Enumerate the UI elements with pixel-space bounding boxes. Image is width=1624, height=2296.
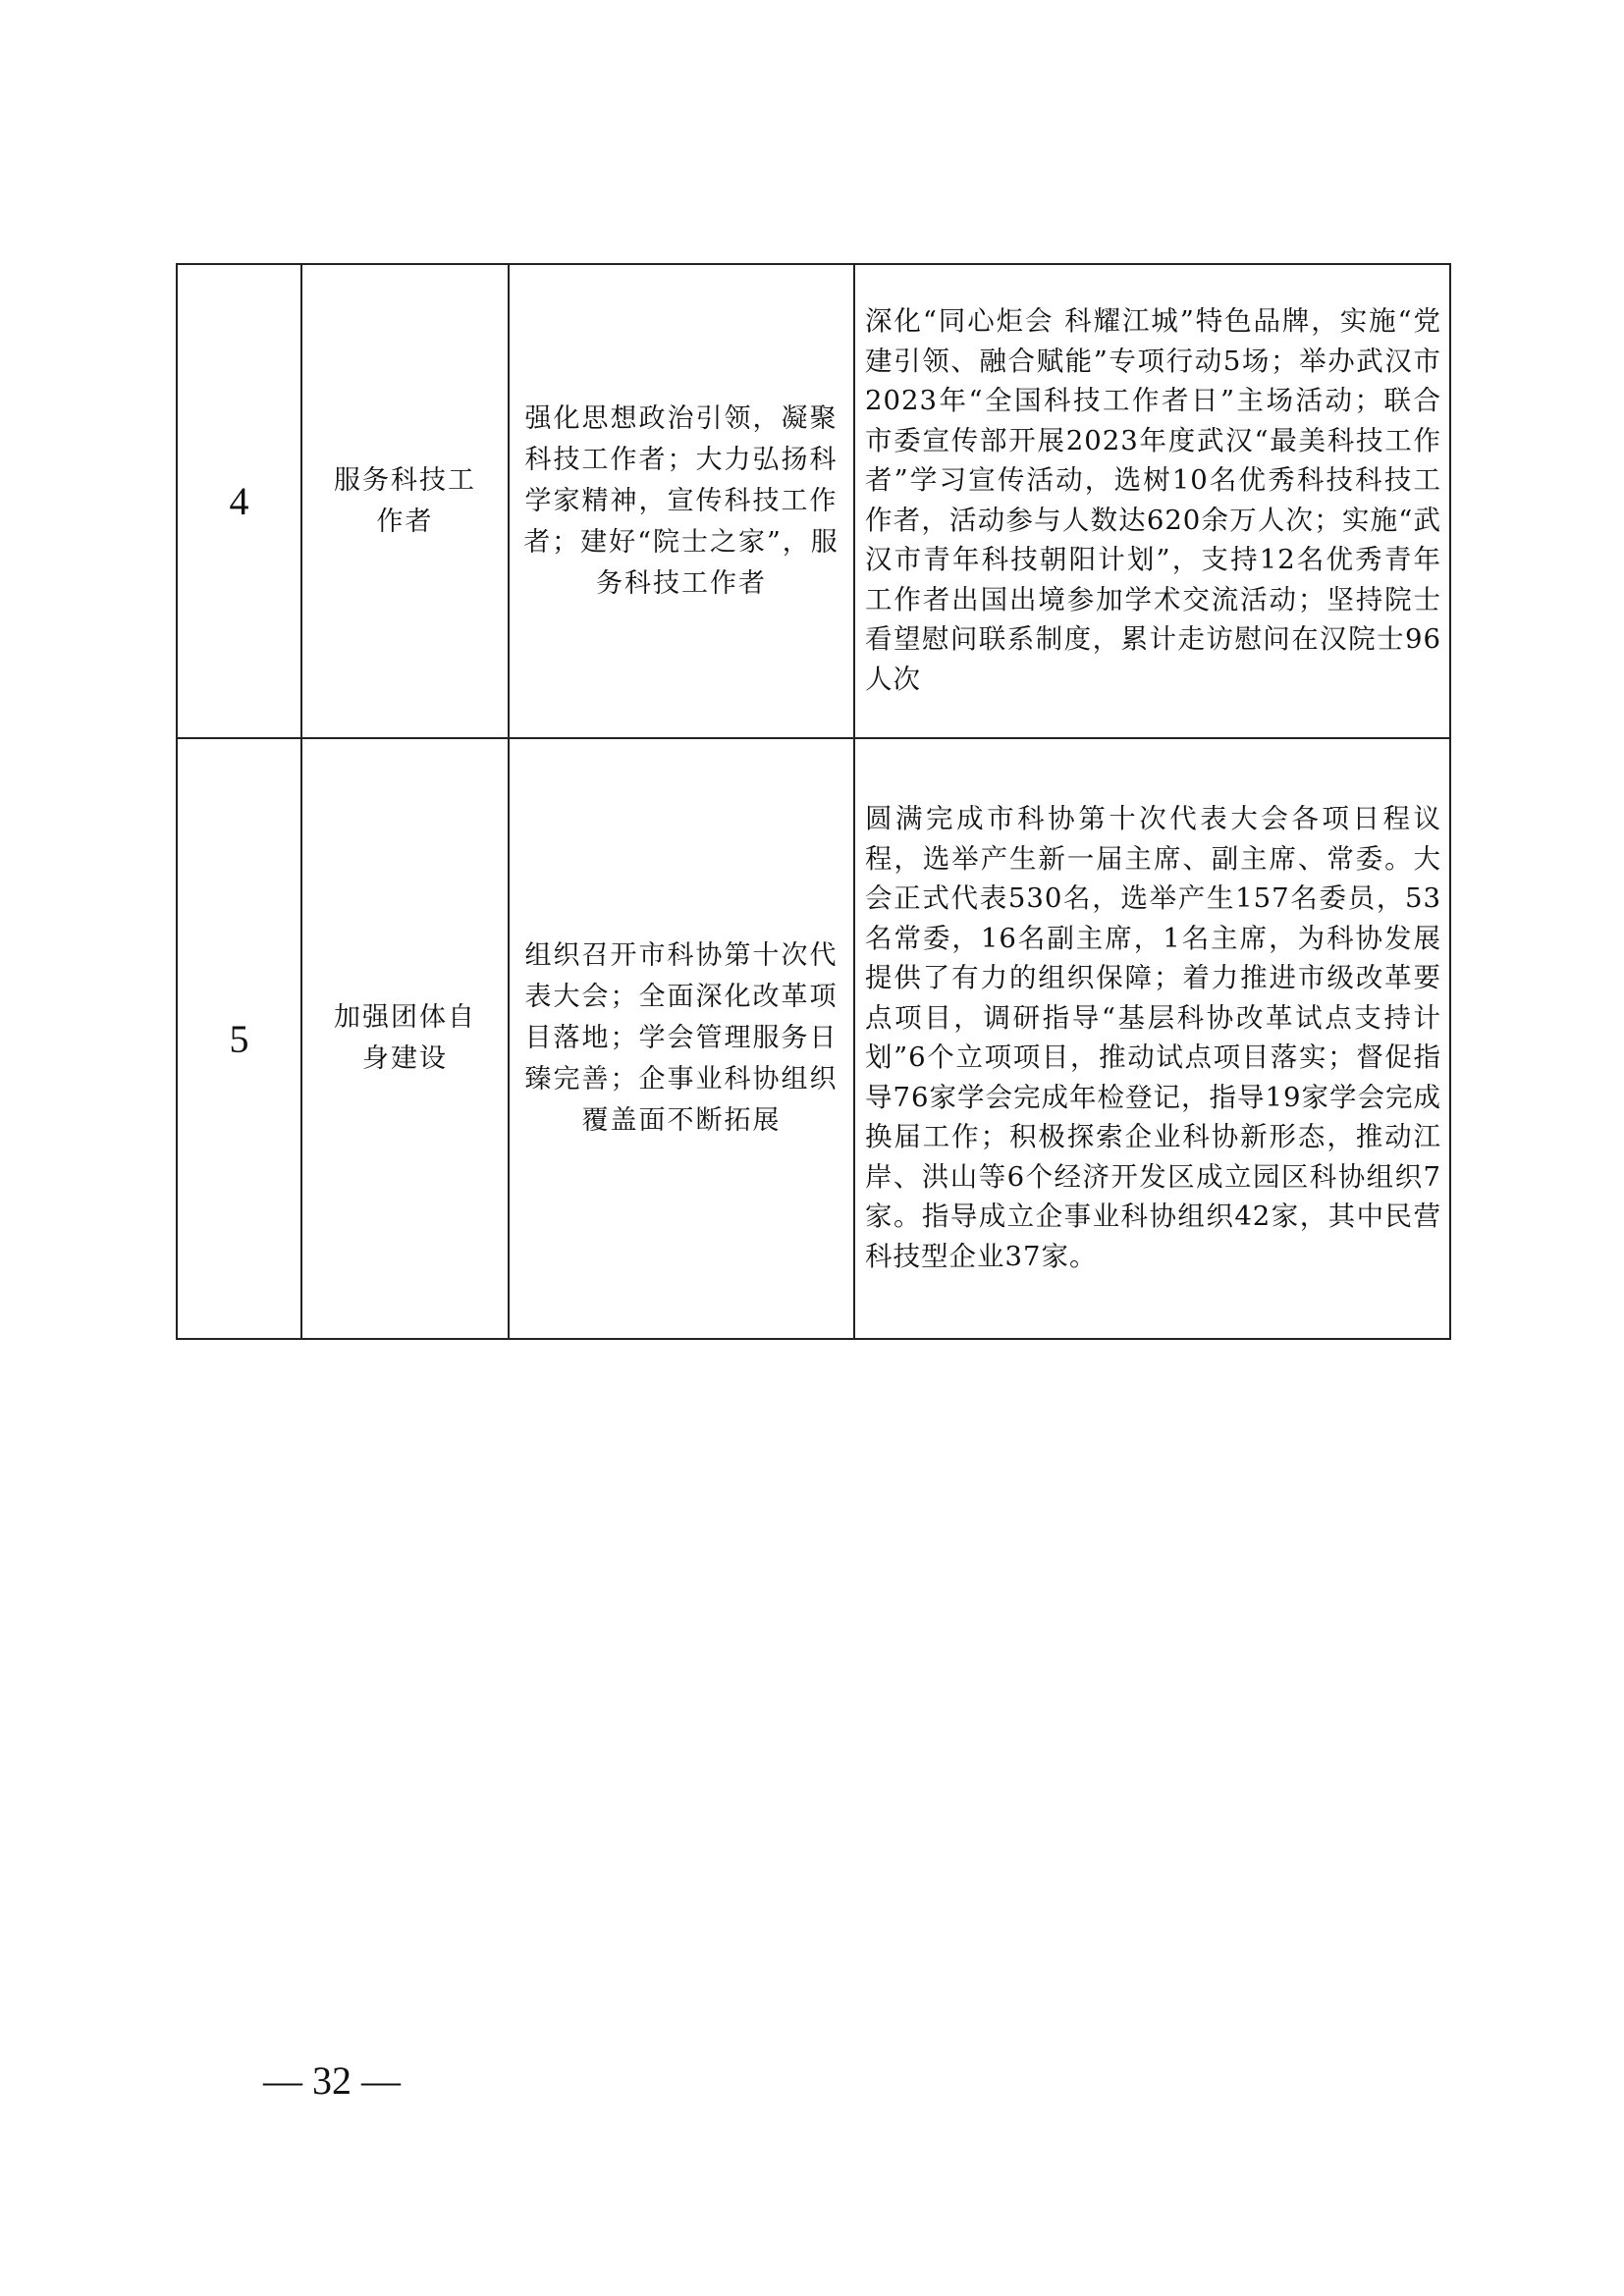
page-number: — 32 — xyxy=(253,2057,410,2104)
achievement-table: 4 服务科技工作者 强化思想政治引领，凝聚科技工作者；大力弘扬科学家精神，宣传科… xyxy=(176,263,1451,1340)
row-goal: 组织召开市科协第十次代表大会；全面深化改革项目落地；学会管理服务日臻完善；企事业… xyxy=(509,738,854,1339)
row-detail: 深化“同心炬会 科耀江城”特色品牌，实施“党建引领、融合赋能”专项行动5场；举办… xyxy=(854,264,1450,738)
row-category: 服务科技工作者 xyxy=(301,264,509,738)
row-detail: 圆满完成市科协第十次代表大会各项日程议程，选举产生新一届主席、副主席、常委。大会… xyxy=(854,738,1450,1339)
row-index: 4 xyxy=(177,264,301,738)
row-category: 加强团体自身建设 xyxy=(301,738,509,1339)
table-row: 5 加强团体自身建设 组织召开市科协第十次代表大会；全面深化改革项目落地；学会管… xyxy=(177,738,1450,1339)
row-goal: 强化思想政治引领，凝聚科技工作者；大力弘扬科学家精神，宣传科技工作者；建好“院士… xyxy=(509,264,854,738)
row-index: 5 xyxy=(177,738,301,1339)
table-row: 4 服务科技工作者 强化思想政治引领，凝聚科技工作者；大力弘扬科学家精神，宣传科… xyxy=(177,264,1450,738)
